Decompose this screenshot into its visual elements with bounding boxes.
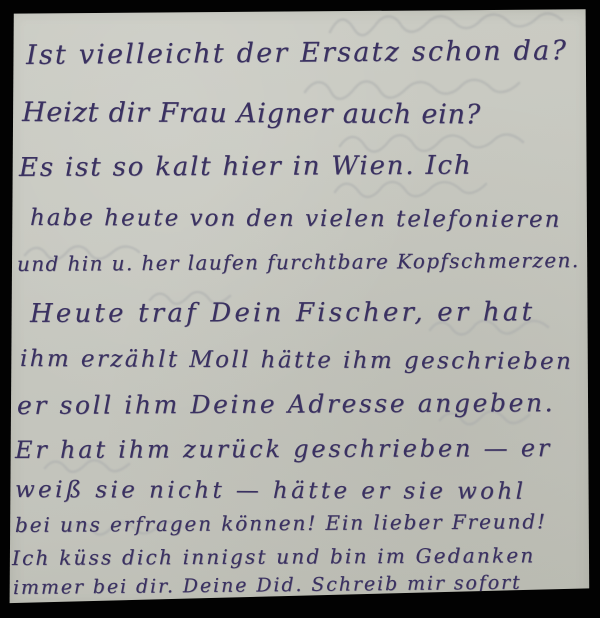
letter-line-8: er soll ihm Deine Adresse angeben.: [17, 388, 555, 420]
letter-line-10: weiß sie nicht — hätte er sie wohl: [15, 477, 526, 505]
letter-line-13: immer bei dir. Deine Did. Schreib mir so…: [13, 572, 522, 599]
letter-line-9: Er hat ihm zurück geschrieben — er: [15, 434, 552, 464]
letter-line-5: und hin u. her laufen furchtbare Kopfsch…: [17, 248, 580, 276]
letter-line-3: Es ist so kalt hier in Wien. Ich: [19, 151, 473, 183]
letter-line-1: Ist vielleicht der Ersatz schon da?: [26, 35, 568, 71]
letter-line-7: ihm erzählt Moll hätte ihm geschrieben: [20, 346, 573, 375]
letter-line-11: bei uns erfragen können! Ein lieber Freu…: [15, 509, 547, 537]
letter-paper: Ist vielleicht der Ersatz schon da? Heiz…: [0, 0, 600, 618]
letter-line-12: Ich küss dich innigst und bin im Gedanke…: [12, 543, 536, 570]
letter-scan: Ist vielleicht der Ersatz schon da? Heiz…: [0, 0, 600, 618]
letter-line-4: habe heute von den vielen telefonieren: [30, 205, 562, 233]
letter-line-6: Heute traf Dein Fischer, er hat: [30, 297, 535, 329]
letter-line-2: Heizt dir Frau Aigner auch ein?: [22, 97, 481, 130]
